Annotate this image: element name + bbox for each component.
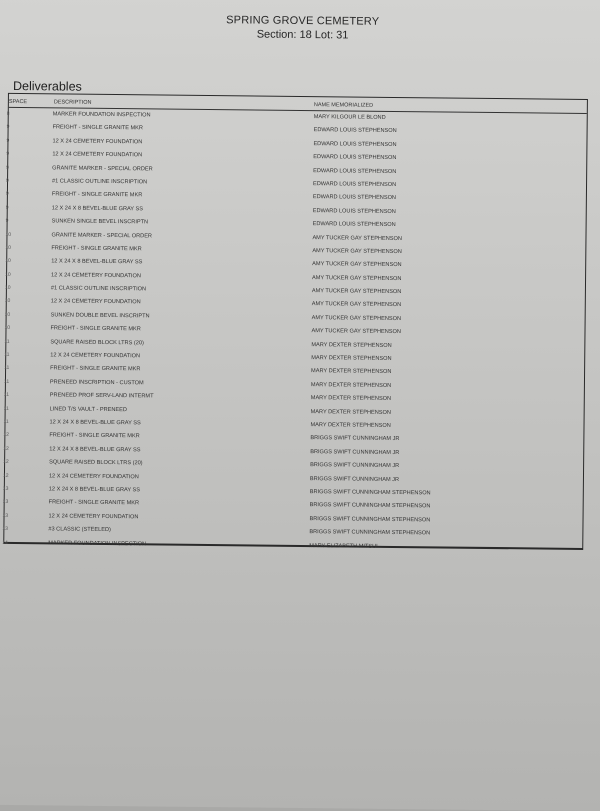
description-cell: 12 X 24 X 8 BEVEL-BLUE GRAY SS bbox=[52, 205, 143, 212]
column-header-name-memorialized: NAME MEMORIALIZED bbox=[314, 102, 373, 109]
name-cell: BRIGGS SWIFT CUNNINGHAM STEPHENSON bbox=[309, 529, 430, 536]
space-cell: 9 bbox=[6, 164, 9, 170]
space-cell: 10 bbox=[5, 298, 11, 304]
space-cell: 10 bbox=[5, 272, 11, 278]
description-cell: 12 X 24 CEMETERY FOUNDATION bbox=[50, 352, 140, 359]
description-cell: PRENEED PROF SERV-LAND INTERMT bbox=[50, 393, 154, 400]
description-cell: FREIGHT - SINGLE GRANITE MKR bbox=[52, 192, 142, 199]
description-cell: LINED T/S VAULT - PRENEED bbox=[50, 406, 127, 413]
name-cell: MARY ELIZABETH MITSUI bbox=[309, 543, 378, 550]
space-cell: 10 bbox=[5, 285, 11, 291]
space-cell: 9 bbox=[6, 191, 9, 197]
space-cell: 9 bbox=[6, 218, 9, 224]
space-cell: 12 bbox=[3, 432, 9, 438]
name-cell: BRIGGS SWIFT CUNNINGHAM JR bbox=[310, 462, 399, 469]
space-cell: 8 bbox=[7, 111, 10, 117]
space-cell: 10 bbox=[5, 245, 11, 251]
description-cell: 12 X 24 X 8 BEVEL-BLUE GRAY SS bbox=[51, 259, 142, 266]
name-cell: EDWARD LOUIS STEPHENSON bbox=[313, 168, 396, 175]
description-cell: 12 X 24 X 8 BEVEL-BLUE GRAY SS bbox=[49, 419, 140, 426]
name-cell: AMY TUCKER GAY STEPHENSON bbox=[312, 302, 401, 309]
description-cell: FREIGHT - SINGLE GRANITE MKR bbox=[53, 125, 143, 132]
name-cell: AMY TUCKER GAY STEPHENSON bbox=[312, 235, 401, 242]
name-cell: BRIGGS SWIFT CUNNINGHAM JR bbox=[310, 435, 399, 442]
space-cell: 13 bbox=[3, 499, 9, 505]
description-cell: FREIGHT - SINGLE GRANITE MKR bbox=[51, 245, 141, 252]
space-cell: 9 bbox=[7, 124, 10, 130]
space-cell: 9 bbox=[6, 138, 9, 144]
description-cell: 12 X 24 CEMETERY FOUNDATION bbox=[49, 513, 139, 520]
description-cell: 12 X 24 CEMETERY FOUNDATION bbox=[51, 299, 141, 306]
name-cell: EDWARD LOUIS STEPHENSON bbox=[313, 181, 396, 188]
space-cell: 11 bbox=[4, 392, 9, 398]
name-cell: AMY TUCKER GAY STEPHENSON bbox=[312, 315, 401, 322]
name-cell: MARY DEXTER STEPHENSON bbox=[311, 409, 391, 416]
name-cell: MARY DEXTER STEPHENSON bbox=[311, 395, 391, 402]
description-cell: 12 X 24 X 8 BEVEL-BLUE GRAY SS bbox=[49, 446, 140, 453]
space-cell: 14 bbox=[2, 539, 8, 545]
document-page: SPRING GROVE CEMETERY Section: 18 Lot: 3… bbox=[0, 0, 600, 801]
description-cell: MARKER FOUNDATION INSPECTION bbox=[53, 111, 151, 118]
name-cell: MARY DEXTER STEPHENSON bbox=[311, 369, 391, 376]
description-cell: 12 X 24 CEMETERY FOUNDATION bbox=[52, 138, 142, 145]
description-cell: SQUARE RAISED BLOCK LTRS (20) bbox=[50, 339, 144, 346]
space-cell: 12 bbox=[3, 459, 9, 465]
description-cell: 12 X 24 CEMETERY FOUNDATION bbox=[52, 152, 142, 159]
name-cell: AMY TUCKER GAY STEPHENSON bbox=[312, 261, 401, 268]
description-cell: SUNKEN DOUBLE BEVEL INSCRIPTN bbox=[51, 312, 150, 319]
name-cell: EDWARD LOUIS STEPHENSON bbox=[314, 128, 397, 135]
description-cell: FREIGHT - SINGLE GRANITE MKR bbox=[49, 433, 139, 440]
column-header-description: DESCRIPTION bbox=[54, 99, 92, 105]
name-cell: AMY TUCKER GAY STEPHENSON bbox=[312, 275, 401, 282]
description-cell: #1 CLASSIC OUTLINE INSCRIPTION bbox=[51, 285, 146, 292]
space-cell: 10 bbox=[4, 325, 10, 331]
description-cell: FREIGHT - SINGLE GRANITE MKR bbox=[49, 500, 139, 507]
space-cell: 11 bbox=[4, 339, 9, 345]
name-cell: AMY TUCKER GAY STEPHENSON bbox=[311, 328, 400, 335]
deliverables-table: SPACE DESCRIPTION NAME MEMORIALIZED 8MAR… bbox=[3, 93, 588, 550]
name-cell: EDWARD LOUIS STEPHENSON bbox=[313, 208, 396, 215]
description-cell: GRANITE MARKER - SPECIAL ORDER bbox=[52, 165, 153, 172]
space-cell: 10 bbox=[5, 231, 11, 237]
name-cell: BRIGGS SWIFT CUNNINGHAM STEPHENSON bbox=[310, 489, 431, 496]
space-cell: 13 bbox=[3, 513, 9, 519]
name-cell: BRIGGS SWIFT CUNNINGHAM STEPHENSON bbox=[310, 502, 431, 509]
name-cell: AMY TUCKER GAY STEPHENSON bbox=[312, 248, 401, 255]
name-cell: MARY DEXTER STEPHENSON bbox=[310, 422, 390, 429]
description-cell: #3 CLASSIC (STEELED) bbox=[48, 526, 111, 533]
description-cell: 12 X 24 CEMETERY FOUNDATION bbox=[51, 272, 141, 279]
name-cell: BRIGGS SWIFT CUNNINGHAM JR bbox=[310, 449, 399, 456]
description-cell: SUNKEN SINGLE BEVEL INSCRIPTN bbox=[52, 219, 149, 226]
name-cell: MARY DEXTER STEPHENSON bbox=[311, 382, 391, 389]
space-cell: 11 bbox=[4, 379, 9, 385]
space-cell: 10 bbox=[5, 312, 11, 318]
space-cell: 10 bbox=[5, 258, 11, 264]
name-cell: MARY KILGOUR LE BLOND bbox=[314, 114, 386, 121]
space-cell: 11 bbox=[4, 405, 9, 411]
name-cell: MARY DEXTER STEPHENSON bbox=[311, 342, 391, 349]
description-cell: GRANITE MARKER - SPECIAL ORDER bbox=[51, 232, 152, 239]
description-cell: FREIGHT - SINGLE GRANITE MKR bbox=[50, 326, 140, 333]
description-cell: 12 X 24 X 8 BEVEL-BLUE GRAY SS bbox=[49, 486, 140, 493]
space-cell: 11 bbox=[3, 419, 8, 425]
description-cell: MARKER FOUNDATION INSPECTION bbox=[48, 540, 146, 547]
space-cell: 12 bbox=[3, 446, 9, 452]
description-cell: 12 X 24 CEMETERY FOUNDATION bbox=[49, 473, 139, 480]
name-cell: EDWARD LOUIS STEPHENSON bbox=[313, 221, 396, 228]
space-cell: 9 bbox=[6, 205, 9, 211]
deliverables-heading: Deliverables bbox=[13, 79, 82, 94]
space-cell: 11 bbox=[4, 352, 9, 358]
name-cell: MARY DEXTER STEPHENSON bbox=[311, 355, 391, 362]
name-cell: BRIGGS SWIFT CUNNINGHAM JR bbox=[310, 476, 399, 483]
description-cell: SQUARE RAISED BLOCK LTRS (20) bbox=[49, 460, 143, 467]
name-cell: BRIGGS SWIFT CUNNINGHAM STEPHENSON bbox=[309, 516, 430, 523]
space-cell: 12 bbox=[3, 472, 9, 478]
space-cell: 11 bbox=[4, 365, 9, 371]
description-cell: FREIGHT - SINGLE GRANITE MKR bbox=[50, 366, 140, 373]
name-cell: EDWARD LOUIS STEPHENSON bbox=[313, 194, 396, 201]
description-cell: #1 CLASSIC OUTLINE INSCRIPTION bbox=[52, 178, 147, 185]
table-body: 8MARKER FOUNDATION INSPECTIONMARY KILGOU… bbox=[4, 108, 587, 556]
description-cell: PRENEED INSCRIPTION - CUSTOM bbox=[50, 379, 144, 386]
name-cell: AMY TUCKER GAY STEPHENSON bbox=[312, 288, 401, 295]
space-cell: 9 bbox=[6, 178, 9, 184]
space-cell: 9 bbox=[6, 151, 9, 157]
name-cell: EDWARD LOUIS STEPHENSON bbox=[313, 154, 396, 161]
space-cell: 13 bbox=[2, 526, 8, 532]
document-header: SPRING GROVE CEMETERY Section: 18 Lot: 3… bbox=[0, 11, 600, 45]
space-cell: 13 bbox=[3, 486, 9, 492]
column-header-space: SPACE bbox=[9, 99, 27, 105]
name-cell: EDWARD LOUIS STEPHENSON bbox=[313, 141, 396, 148]
